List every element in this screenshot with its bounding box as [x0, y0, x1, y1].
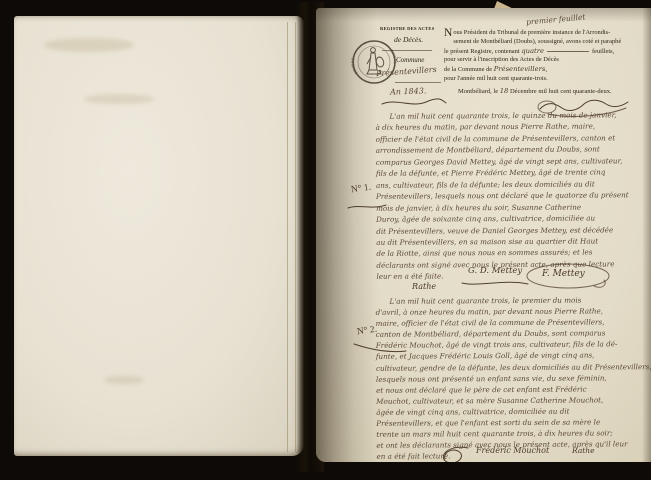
- stamp-text-left: TIMBRE: [350, 57, 359, 75]
- commune-label: Commune: [396, 56, 424, 64]
- act-line: Présentevillers, lesquels nous ont décla…: [376, 189, 648, 202]
- svg-text:TIMBRE: TIMBRE: [350, 57, 359, 75]
- certificate-line: pour l'année mil huit cent quarante-troi…: [444, 75, 644, 84]
- blank-rule: [547, 51, 589, 52]
- act-line: dit Présentevillers, veuve de Daniel Geo…: [376, 224, 648, 237]
- act-line: comparus Georges David Mettey, âgé de vi…: [376, 155, 648, 168]
- certificate-line: de la Commune de Présentevillers,: [444, 65, 644, 75]
- act-2-signature-witness1: Frédéric Mouchot: [476, 446, 549, 455]
- act-1-signature-oval-flourish: [524, 262, 612, 292]
- year-note-flourish: [380, 98, 448, 108]
- drop-cap: N: [444, 29, 452, 38]
- act-2: L'an mil huit cent quarante trois, le pr…: [375, 294, 648, 462]
- page-stain: [44, 38, 134, 52]
- register-title: REGISTRE DES ACTES: [380, 26, 435, 31]
- year-note: An 1843.: [390, 86, 427, 96]
- act-2-signature-official: Rathe: [572, 446, 595, 455]
- day-fill: 18: [500, 87, 509, 95]
- register-subtitle: de Décès.: [394, 35, 423, 44]
- date-line: Montbéliard, le 18 Décembre mil huit cen…: [458, 87, 612, 95]
- page-stain: [84, 94, 154, 104]
- certificate-line: le présent Registre, contenant quatrefeu…: [444, 47, 644, 57]
- act-line: officier de l'état civil de la commune d…: [376, 132, 648, 145]
- certificate-line: Nous Président du Tribunal de première i…: [444, 29, 644, 38]
- royal-stamp: TIMBRE ROYAL: [350, 37, 398, 87]
- act-1-margin-number: N° 1.: [350, 183, 371, 196]
- left-page: [14, 16, 304, 456]
- act-1-signature-witness1: G. D. Mettey: [468, 266, 522, 276]
- right-page: premier feuillet REGISTRE DES ACTES de D…: [316, 8, 651, 462]
- certificate-line: sement de Montbéliard (Doubs), soussigné…: [444, 38, 644, 47]
- act-1: L'an mil huit cent quarante trois, le qu…: [375, 109, 648, 282]
- archival-photo: premier feuillet REGISTRE DES ACTES de D…: [0, 0, 651, 480]
- certificate-line: pour servir à l'inscription des Actes de…: [444, 56, 644, 65]
- act-line: L'an mil huit cent quarante trois, le qu…: [375, 109, 647, 122]
- act-2-margin-number: N° 2.: [356, 325, 377, 338]
- commune-fill: Présentevillers,: [494, 65, 548, 73]
- act-line: Frédéric Mouchot, âgé de vingt trois ans…: [376, 339, 648, 352]
- page-fold-line: [287, 22, 288, 452]
- feuillets-count-fill: quatre: [521, 47, 544, 55]
- act-2-signature-flourish: [434, 444, 480, 462]
- divider: [395, 82, 441, 83]
- act-1-signature-official: Rathe: [412, 282, 436, 291]
- certificate-text: Nous Président du Tribunal de première i…: [444, 29, 644, 84]
- page-stain: [104, 376, 144, 384]
- corner-note: premier feuillet: [526, 12, 586, 26]
- act-1-signature-underline: [460, 278, 530, 286]
- act-line: cultivateur, gendre de la défunte, les d…: [376, 361, 648, 374]
